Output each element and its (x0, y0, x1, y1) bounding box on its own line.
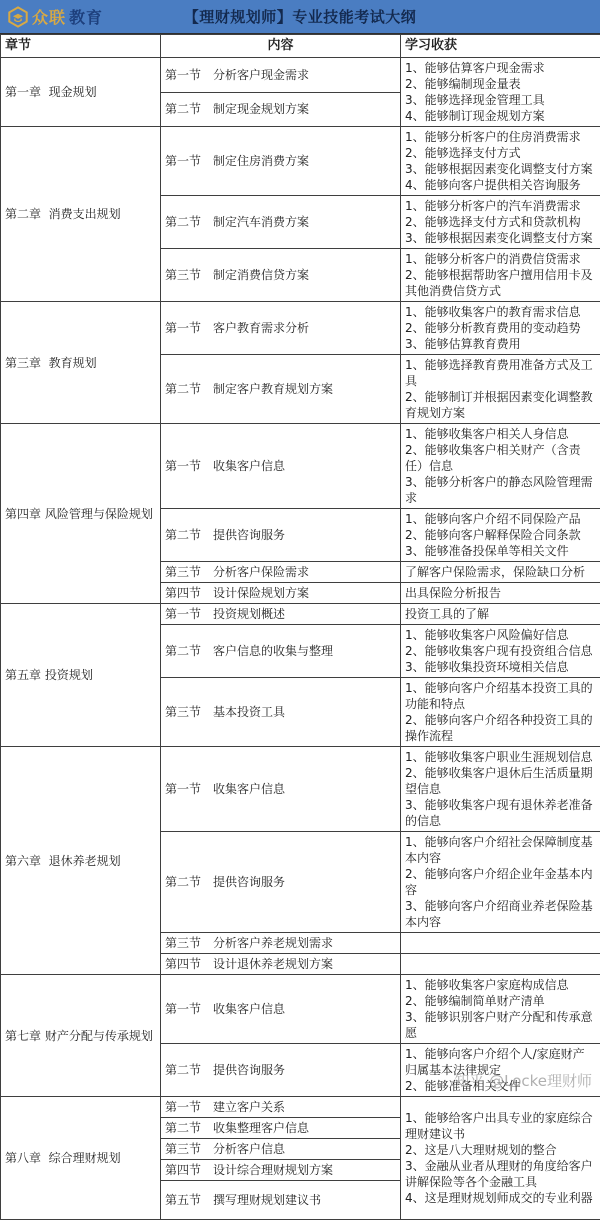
section-cell: 第三节分析客户养老规划需求 (161, 933, 401, 954)
section-cell: 第二节制定客户教育规划方案 (161, 355, 401, 424)
section-number: 第一节 (165, 154, 201, 168)
section-title: 客户教育需求分析 (213, 321, 309, 335)
section-title: 制定现金规划方案 (213, 102, 309, 116)
section-title: 提供咨询服务 (213, 1063, 285, 1077)
gain-line: 1、能够收集客户相关人身信息 (405, 426, 596, 442)
section-title: 提供咨询服务 (213, 875, 285, 889)
section-title: 投资规划概述 (213, 607, 285, 621)
gain-line: 3、能够向客户介绍商业养老保险基本内容 (405, 898, 596, 930)
gain-line: 1、能够分析客户的汽车消费需求 (405, 198, 596, 214)
logo-text-primary: 众联 (32, 5, 66, 28)
section-number: 第一节 (165, 68, 201, 82)
section-number: 第二节 (165, 528, 201, 542)
gain-line: 2、能够编制简单财产清单 (405, 993, 596, 1009)
section-title: 提供咨询服务 (213, 528, 285, 542)
section-title: 制定消费信贷方案 (213, 268, 309, 282)
gain-line: 4、能够向客户提供相关咨询服务 (405, 177, 596, 193)
section-cell: 第四节设计退休养老规划方案 (161, 954, 401, 975)
gain-line: 3、能够准备投保单等相关文件 (405, 543, 596, 559)
section-cell: 第三节分析客户保险需求 (161, 562, 401, 583)
section-number: 第二节 (165, 382, 201, 396)
section-title: 收集整理客户信息 (213, 1121, 309, 1135)
chapter-cell: 第五章 投资规划 (1, 604, 161, 747)
gains-cell: 1、能够收集客户相关人身信息 2、能够收集客户相关财产（含责任）信息 3、能够分… (401, 424, 600, 509)
gain-line: 1、能够向客户介绍基本投资工具的功能和特点 (405, 680, 596, 712)
gain-line: 1、能够分析客户的住房消费需求 (405, 129, 596, 145)
section-cell: 第四节设计综合理财规划方案 (161, 1160, 401, 1181)
table-row: 第三章 教育规划 第一节客户教育需求分析 1、能够收集客户的教育需求信息 2、能… (1, 302, 600, 355)
gain-line: 投资工具的了解 (405, 606, 596, 622)
section-cell: 第一节收集客户信息 (161, 747, 401, 832)
gain-line: 3、能够根据因素变化调整支付方案 (405, 161, 596, 177)
section-title: 分析客户现金需求 (213, 68, 309, 82)
gains-cell: 1、能够向客户介绍社会保障制度基本内容 2、能够向客户介绍企业年金基本内容 3、… (401, 832, 600, 933)
gain-line: 2、能够根据帮助客户擅用信用卡及其他消费信贷方式 (405, 267, 596, 299)
section-cell: 第三节基本投资工具 (161, 678, 401, 747)
section-title: 收集客户信息 (213, 1002, 285, 1016)
section-title: 基本投资工具 (213, 705, 285, 719)
gain-line: 3、能够估算教育费用 (405, 336, 596, 352)
table-row: 第八章 综合理财规划 第一节建立客户关系 1、能够给客户出具专业的家庭综合理财建… (1, 1097, 600, 1118)
table-row: 第四章 风险管理与保险规划 第一节收集客户信息 1、能够收集客户相关人身信息 2… (1, 424, 600, 509)
section-title: 分析客户养老规划需求 (213, 936, 333, 950)
table-row: 第一章 现金规划 第一节分析客户现金需求 1、能够估算客户现金需求 2、能够编制… (1, 58, 600, 93)
gain-line: 2、能够制订并根据因素变化调整教育规划方案 (405, 389, 596, 421)
chapter-cell: 第二章 消费支出规划 (1, 127, 161, 302)
gains-cell: 1、能够选择教育费用准备方式及工具 2、能够制订并根据因素变化调整教育规划方案 (401, 355, 600, 424)
section-number: 第二节 (165, 215, 201, 229)
gain-line: 2、能够向客户解释保险合同条款 (405, 527, 596, 543)
gain-line: 2、能够收集客户现有投资组合信息 (405, 643, 596, 659)
section-number: 第三节 (165, 565, 201, 579)
section-cell: 第二节提供咨询服务 (161, 832, 401, 933)
gain-line: 2、能够向客户介绍各种投资工具的操作流程 (405, 712, 596, 744)
gains-cell: 出具保险分析报告 (401, 583, 600, 604)
section-number: 第四节 (165, 957, 201, 971)
gains-cell: 1、能够给客户出具专业的家庭综合理财建议书 2、这是八大理财规划的整合 3、金融… (401, 1097, 600, 1220)
section-title: 制定住房消费方案 (213, 154, 309, 168)
gain-line: 3、能够收集投资环境相关信息 (405, 659, 596, 675)
section-title: 分析客户保险需求 (213, 565, 309, 579)
gain-line: 了解客户保险需求，保险缺口分析 (405, 564, 596, 580)
gain-line: 1、能够收集客户职业生涯规划信息 (405, 749, 596, 765)
exam-outline-table: 章节 内容 学习收获 第一章 现金规划 第一节分析客户现金需求 1、能够估算客户… (0, 34, 600, 1220)
column-header-content: 内容 (161, 35, 401, 58)
gains-cell: 1、能够估算客户现金需求 2、能够编制现金量表 3、能够选择现金管理工具 4、能… (401, 58, 600, 127)
gains-cell: 1、能够收集客户职业生涯规划信息 2、能够收集客户退休后生活质量期望信息 3、能… (401, 747, 600, 832)
gains-cell: 1、能够向客户介绍个人/家庭财产归属基本法律规定 2、能够准备相关文件 (401, 1044, 600, 1097)
section-cell: 第三节分析客户信息 (161, 1139, 401, 1160)
section-number: 第一节 (165, 607, 201, 621)
graduation-hexagon-logo-icon (7, 6, 29, 28)
section-title: 建立客户关系 (213, 1100, 285, 1114)
gains-cell: 投资工具的了解 (401, 604, 600, 625)
gain-line: 4、能够制订现金规划方案 (405, 108, 596, 124)
gain-line: 1、能够向客户介绍社会保障制度基本内容 (405, 834, 596, 866)
gains-cell: 1、能够收集客户的教育需求信息 2、能够分析教育费用的变动趋势 3、能够估算教育… (401, 302, 600, 355)
gain-line: 1、能够收集客户家庭构成信息 (405, 977, 596, 993)
table-header-row: 章节 内容 学习收获 (1, 35, 600, 58)
section-cell: 第四节设计保险规划方案 (161, 583, 401, 604)
section-cell: 第二节制定现金规划方案 (161, 92, 401, 127)
gain-line: 3、能够分析客户的静态风险管理需求 (405, 474, 596, 506)
gain-line: 3、能够收集客户现有退休养老准备的信息 (405, 797, 596, 829)
gains-cell: 1、能够分析客户的住房消费需求 2、能够选择支付方式 3、能够根据因素变化调整支… (401, 127, 600, 196)
page-title: 【理财规划师】专业技能考试大纲 (184, 6, 417, 27)
section-cell: 第二节制定汽车消费方案 (161, 196, 401, 249)
section-title: 制定汽车消费方案 (213, 215, 309, 229)
column-header-gains: 学习收获 (401, 35, 600, 58)
section-title: 分析客户信息 (213, 1142, 285, 1156)
exam-outline-page: 众联教育 【理财规划师】专业技能考试大纲 章节 内容 学习收获 第一章 现金规划… (0, 0, 600, 1220)
section-cell: 第二节收集整理客户信息 (161, 1118, 401, 1139)
gains-cell: 1、能够分析客户的消费信贷需求 2、能够根据帮助客户擅用信用卡及其他消费信贷方式 (401, 249, 600, 302)
section-cell: 第五节撰写理财规划建议书 (161, 1181, 401, 1220)
section-number: 第二节 (165, 1063, 201, 1077)
gain-line: 1、能够收集客户的教育需求信息 (405, 304, 596, 320)
chapter-cell: 第六章 退休养老规划 (1, 747, 161, 975)
section-number: 第一节 (165, 459, 201, 473)
section-title: 收集客户信息 (213, 459, 285, 473)
top-banner: 众联教育 【理财规划师】专业技能考试大纲 (0, 0, 600, 34)
gain-line: 2、能够选择支付方式 (405, 145, 596, 161)
gain-line: 3、能够识别客户财产分配和传承意愿 (405, 1009, 596, 1041)
gain-line: 3、能够选择现金管理工具 (405, 92, 596, 108)
gain-line: 4、这是理财规划师成交的专业利器 (405, 1190, 596, 1206)
table-row: 第六章 退休养老规划 第一节收集客户信息 1、能够收集客户职业生涯规划信息 2、… (1, 747, 600, 832)
section-number: 第三节 (165, 268, 201, 282)
section-number: 第五节 (165, 1193, 201, 1207)
logo-text-secondary: 教育 (69, 5, 103, 28)
section-cell: 第一节收集客户信息 (161, 975, 401, 1044)
section-cell: 第二节提供咨询服务 (161, 509, 401, 562)
gains-cell-empty (401, 954, 600, 975)
section-number: 第三节 (165, 936, 201, 950)
chapter-cell: 第四章 风险管理与保险规划 (1, 424, 161, 604)
gains-cell: 1、能够收集客户风险偏好信息 2、能够收集客户现有投资组合信息 3、能够收集投资… (401, 625, 600, 678)
gains-cell-empty (401, 933, 600, 954)
gains-cell: 1、能够向客户介绍不同保险产品 2、能够向客户解释保险合同条款 3、能够准备投保… (401, 509, 600, 562)
gains-cell: 1、能够分析客户的汽车消费需求 2、能够选择支付方式和贷款机构 3、能够根据因素… (401, 196, 600, 249)
chapter-cell: 第三章 教育规划 (1, 302, 161, 424)
section-cell: 第一节投资规划概述 (161, 604, 401, 625)
gain-line: 2、能够收集客户退休后生活质量期望信息 (405, 765, 596, 797)
section-number: 第一节 (165, 321, 201, 335)
gain-line: 1、能够估算客户现金需求 (405, 60, 596, 76)
gain-line: 2、能够准备相关文件 (405, 1078, 596, 1094)
section-number: 第二节 (165, 875, 201, 889)
section-cell: 第一节收集客户信息 (161, 424, 401, 509)
column-header-chapter: 章节 (1, 35, 161, 58)
section-number: 第二节 (165, 1121, 201, 1135)
section-number: 第三节 (165, 1142, 201, 1156)
gain-line: 2、能够编制现金量表 (405, 76, 596, 92)
section-cell: 第一节制定住房消费方案 (161, 127, 401, 196)
section-cell: 第一节建立客户关系 (161, 1097, 401, 1118)
section-title: 客户信息的收集与整理 (213, 644, 333, 658)
gain-line: 2、能够分析教育费用的变动趋势 (405, 320, 596, 336)
gain-line: 1、能够向客户介绍个人/家庭财产归属基本法律规定 (405, 1046, 596, 1078)
gains-cell: 了解客户保险需求，保险缺口分析 (401, 562, 600, 583)
section-cell: 第二节客户信息的收集与整理 (161, 625, 401, 678)
gain-line: 3、金融从业者从理财的角度给客户讲解保险等各个金融工具 (405, 1158, 596, 1190)
section-number: 第四节 (165, 586, 201, 600)
section-number: 第二节 (165, 102, 201, 116)
gain-line: 3、能够根据因素变化调整支付方案 (405, 230, 596, 246)
gain-line: 2、能够收集客户相关财产（含责任）信息 (405, 442, 596, 474)
section-title: 设计保险规划方案 (213, 586, 309, 600)
chapter-cell: 第一章 现金规划 (1, 58, 161, 127)
gain-line: 2、能够选择支付方式和贷款机构 (405, 214, 596, 230)
zhonglian-education-logo: 众联教育 (7, 0, 103, 33)
gain-line: 1、能够分析客户的消费信贷需求 (405, 251, 596, 267)
section-number: 第一节 (165, 1002, 201, 1016)
section-title: 制定客户教育规划方案 (213, 382, 333, 396)
table-row: 第七章 财产分配与传承规划 第一节收集客户信息 1、能够收集客户家庭构成信息 2… (1, 975, 600, 1044)
gain-line: 1、能够收集客户风险偏好信息 (405, 627, 596, 643)
table-row: 第五章 投资规划 第一节投资规划概述 投资工具的了解 (1, 604, 600, 625)
gain-line: 出具保险分析报告 (405, 585, 596, 601)
gains-cell: 1、能够收集客户家庭构成信息 2、能够编制简单财产清单 3、能够识别客户财产分配… (401, 975, 600, 1044)
section-number: 第一节 (165, 1100, 201, 1114)
section-title: 撰写理财规划建议书 (213, 1193, 321, 1207)
section-number: 第一节 (165, 782, 201, 796)
gain-line: 2、能够向客户介绍企业年金基本内容 (405, 866, 596, 898)
section-cell: 第一节客户教育需求分析 (161, 302, 401, 355)
section-number: 第二节 (165, 644, 201, 658)
chapter-cell: 第八章 综合理财规划 (1, 1097, 161, 1220)
section-cell: 第二节提供咨询服务 (161, 1044, 401, 1097)
section-number: 第三节 (165, 705, 201, 719)
gain-line: 1、能够选择教育费用准备方式及工具 (405, 357, 596, 389)
section-title: 设计综合理财规划方案 (213, 1163, 333, 1177)
section-number: 第四节 (165, 1163, 201, 1177)
section-title: 收集客户信息 (213, 782, 285, 796)
gain-line: 2、这是八大理财规划的整合 (405, 1142, 596, 1158)
table-row: 第二章 消费支出规划 第一节制定住房消费方案 1、能够分析客户的住房消费需求 2… (1, 127, 600, 196)
chapter-cell: 第七章 财产分配与传承规划 (1, 975, 161, 1097)
section-title: 设计退休养老规划方案 (213, 957, 333, 971)
section-cell: 第一节分析客户现金需求 (161, 58, 401, 93)
section-cell: 第三节制定消费信贷方案 (161, 249, 401, 302)
gain-line: 1、能够向客户介绍不同保险产品 (405, 511, 596, 527)
gains-cell: 1、能够向客户介绍基本投资工具的功能和特点 2、能够向客户介绍各种投资工具的操作… (401, 678, 600, 747)
gain-line: 1、能够给客户出具专业的家庭综合理财建议书 (405, 1110, 596, 1142)
